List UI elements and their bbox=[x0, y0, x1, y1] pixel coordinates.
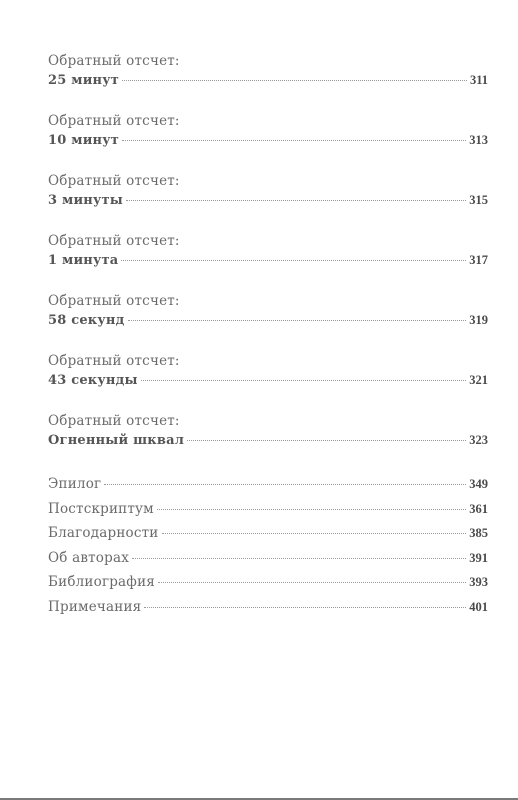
table-of-contents: Обратный отсчет: 25 минут 311 Обратный о… bbox=[48, 52, 488, 619]
entry-kicker: Обратный отсчет: bbox=[48, 172, 488, 190]
toc-back-matter: Эпилог 349 Постскриптум 361 Благодарност… bbox=[48, 472, 488, 619]
dot-leader bbox=[126, 200, 466, 201]
dot-leader bbox=[141, 380, 467, 381]
entry-kicker: Обратный отсчет: bbox=[48, 112, 488, 130]
entry-kicker: Обратный отсчет: bbox=[48, 412, 488, 430]
toc-entry-about-authors[interactable]: Об авторах 391 bbox=[48, 546, 488, 571]
dot-leader bbox=[122, 80, 467, 81]
entry-title: 58 секунд bbox=[48, 311, 125, 331]
entry-title: Библиография bbox=[48, 570, 155, 595]
toc-entry-countdown[interactable]: Обратный отсчет: 58 секунд 319 bbox=[48, 292, 488, 330]
book-page: Обратный отсчет: 25 минут 311 Обратный о… bbox=[0, 0, 518, 798]
page-number: 323 bbox=[469, 430, 488, 450]
toc-entry-notes[interactable]: Примечания 401 bbox=[48, 595, 488, 620]
entry-title: Примечания bbox=[48, 595, 141, 620]
page-number: 317 bbox=[469, 250, 488, 270]
dot-leader bbox=[128, 320, 467, 321]
page-number: 385 bbox=[469, 521, 488, 546]
entry-title: Эпилог bbox=[48, 472, 101, 497]
entry-title: Огненный шквал bbox=[48, 431, 184, 451]
entry-title: 43 секунды bbox=[48, 371, 138, 391]
toc-entry-countdown[interactable]: Обратный отсчет: 10 минут 313 bbox=[48, 112, 488, 150]
page-number: 319 bbox=[469, 310, 488, 330]
toc-entry-countdown[interactable]: Обратный отсчет: 1 минута 317 bbox=[48, 232, 488, 270]
toc-entry-postscript[interactable]: Постскриптум 361 bbox=[48, 497, 488, 522]
dot-leader bbox=[162, 533, 467, 534]
entry-kicker: Обратный отсчет: bbox=[48, 292, 488, 310]
dot-leader bbox=[104, 484, 466, 485]
entry-kicker: Обратный отсчет: bbox=[48, 352, 488, 370]
page-number: 361 bbox=[469, 497, 488, 522]
dot-leader bbox=[187, 440, 466, 441]
entry-title: 10 минут bbox=[48, 131, 119, 151]
toc-entry-countdown[interactable]: Обратный отсчет: 25 минут 311 bbox=[48, 52, 488, 90]
dot-leader bbox=[158, 582, 466, 583]
page-number: 313 bbox=[469, 130, 488, 150]
entry-title: Постскриптум bbox=[48, 497, 154, 522]
entry-title: 1 минута bbox=[48, 251, 118, 271]
toc-entry-countdown[interactable]: Обратный отсчет: Огненный шквал 323 bbox=[48, 412, 488, 450]
page-number: 321 bbox=[469, 370, 488, 390]
toc-entry-acknowledgements[interactable]: Благодарности 385 bbox=[48, 521, 488, 546]
page-number: 401 bbox=[469, 595, 488, 620]
page-number: 391 bbox=[469, 546, 488, 571]
dot-leader bbox=[121, 260, 466, 261]
entry-title: 25 минут bbox=[48, 71, 119, 91]
dot-leader bbox=[157, 509, 466, 510]
page-number: 311 bbox=[470, 70, 488, 90]
entry-title: 3 минуты bbox=[48, 191, 123, 211]
toc-entry-countdown[interactable]: Обратный отсчет: 43 секунды 321 bbox=[48, 352, 488, 390]
dot-leader bbox=[132, 558, 466, 559]
toc-entry-bibliography[interactable]: Библиография 393 bbox=[48, 570, 488, 595]
dot-leader bbox=[144, 607, 466, 608]
entry-title: Об авторах bbox=[48, 546, 129, 571]
toc-entry-countdown[interactable]: Обратный отсчет: 3 минуты 315 bbox=[48, 172, 488, 210]
entry-title: Благодарности bbox=[48, 521, 159, 546]
entry-kicker: Обратный отсчет: bbox=[48, 52, 488, 70]
entry-kicker: Обратный отсчет: bbox=[48, 232, 488, 250]
toc-entry-epilogue[interactable]: Эпилог 349 bbox=[48, 472, 488, 497]
page-number: 393 bbox=[469, 570, 488, 595]
page-number: 349 bbox=[469, 472, 488, 497]
page-number: 315 bbox=[469, 190, 488, 210]
dot-leader bbox=[122, 140, 466, 141]
